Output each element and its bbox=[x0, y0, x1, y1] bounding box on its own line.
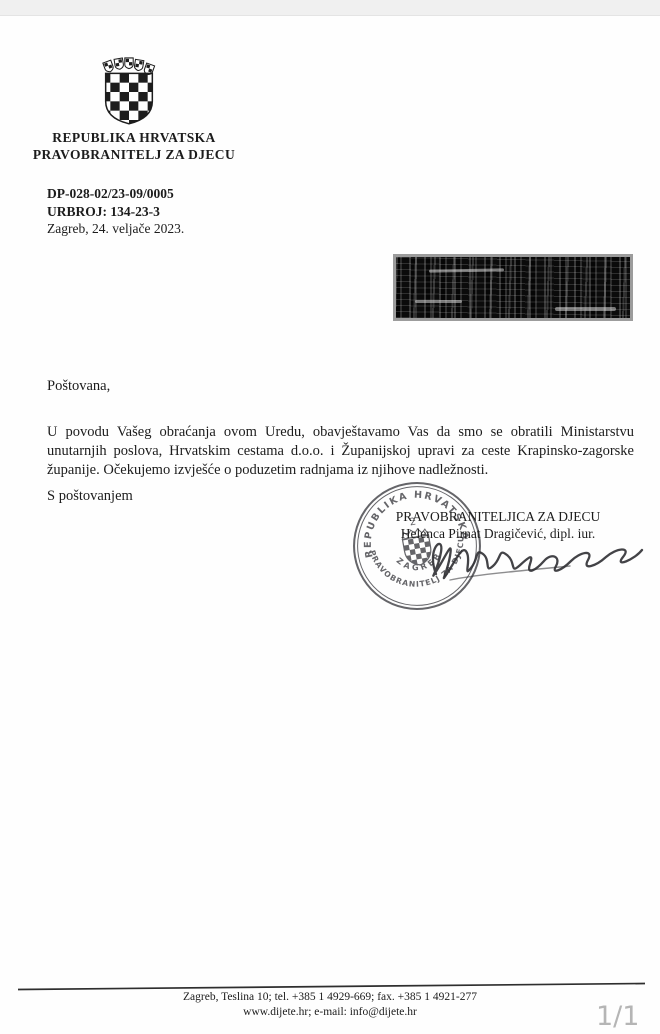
org-line-2: PRAVOBRANITELJ ZA DJECU bbox=[18, 147, 250, 164]
closing-phrase: S poštovanjem bbox=[47, 488, 133, 505]
croatian-coat-of-arms-icon bbox=[101, 56, 157, 128]
handwritten-signature bbox=[420, 524, 648, 594]
document-page: REPUBLIKA HRVATSKA PRAVOBRANITELJ ZA DJE… bbox=[0, 0, 660, 1034]
footer-address-line: Zagreb, Teslina 10; tel. +385 1 4929-669… bbox=[0, 990, 660, 1005]
viewer-page-indicator: 1/1 bbox=[596, 1001, 639, 1032]
class-number: DP-028-02/23-09/0005 bbox=[47, 185, 184, 203]
reference-block: DP-028-02/23-09/0005 URBROJ: 134-23-3 Za… bbox=[47, 185, 184, 238]
letterhead-org: REPUBLIKA HRVATSKA PRAVOBRANITELJ ZA DJE… bbox=[18, 130, 250, 163]
redaction-artifact bbox=[429, 269, 504, 273]
urbroj-number: URBROJ: 134-23-3 bbox=[47, 203, 184, 221]
salutation: Poštovana, bbox=[47, 378, 110, 395]
redacted-recipient-block bbox=[393, 254, 633, 321]
signer-title: PRAVOBRANITELJICA ZA DJECU bbox=[375, 508, 621, 525]
body-paragraph: U povodu Vašeg obraćanja ovom Uredu, oba… bbox=[47, 423, 634, 480]
footer-contact: Zagreb, Teslina 10; tel. +385 1 4929-669… bbox=[0, 990, 660, 1020]
place-date: Zagreb, 24. veljače 2023. bbox=[47, 220, 184, 238]
org-line-1: REPUBLIKA HRVATSKA bbox=[18, 130, 250, 147]
redaction-artifact bbox=[415, 300, 462, 303]
redaction-artifact bbox=[555, 307, 616, 311]
footer-web-line: www.dijete.hr; e-mail: info@dijete.hr bbox=[0, 1005, 660, 1020]
viewer-top-band bbox=[0, 0, 660, 16]
